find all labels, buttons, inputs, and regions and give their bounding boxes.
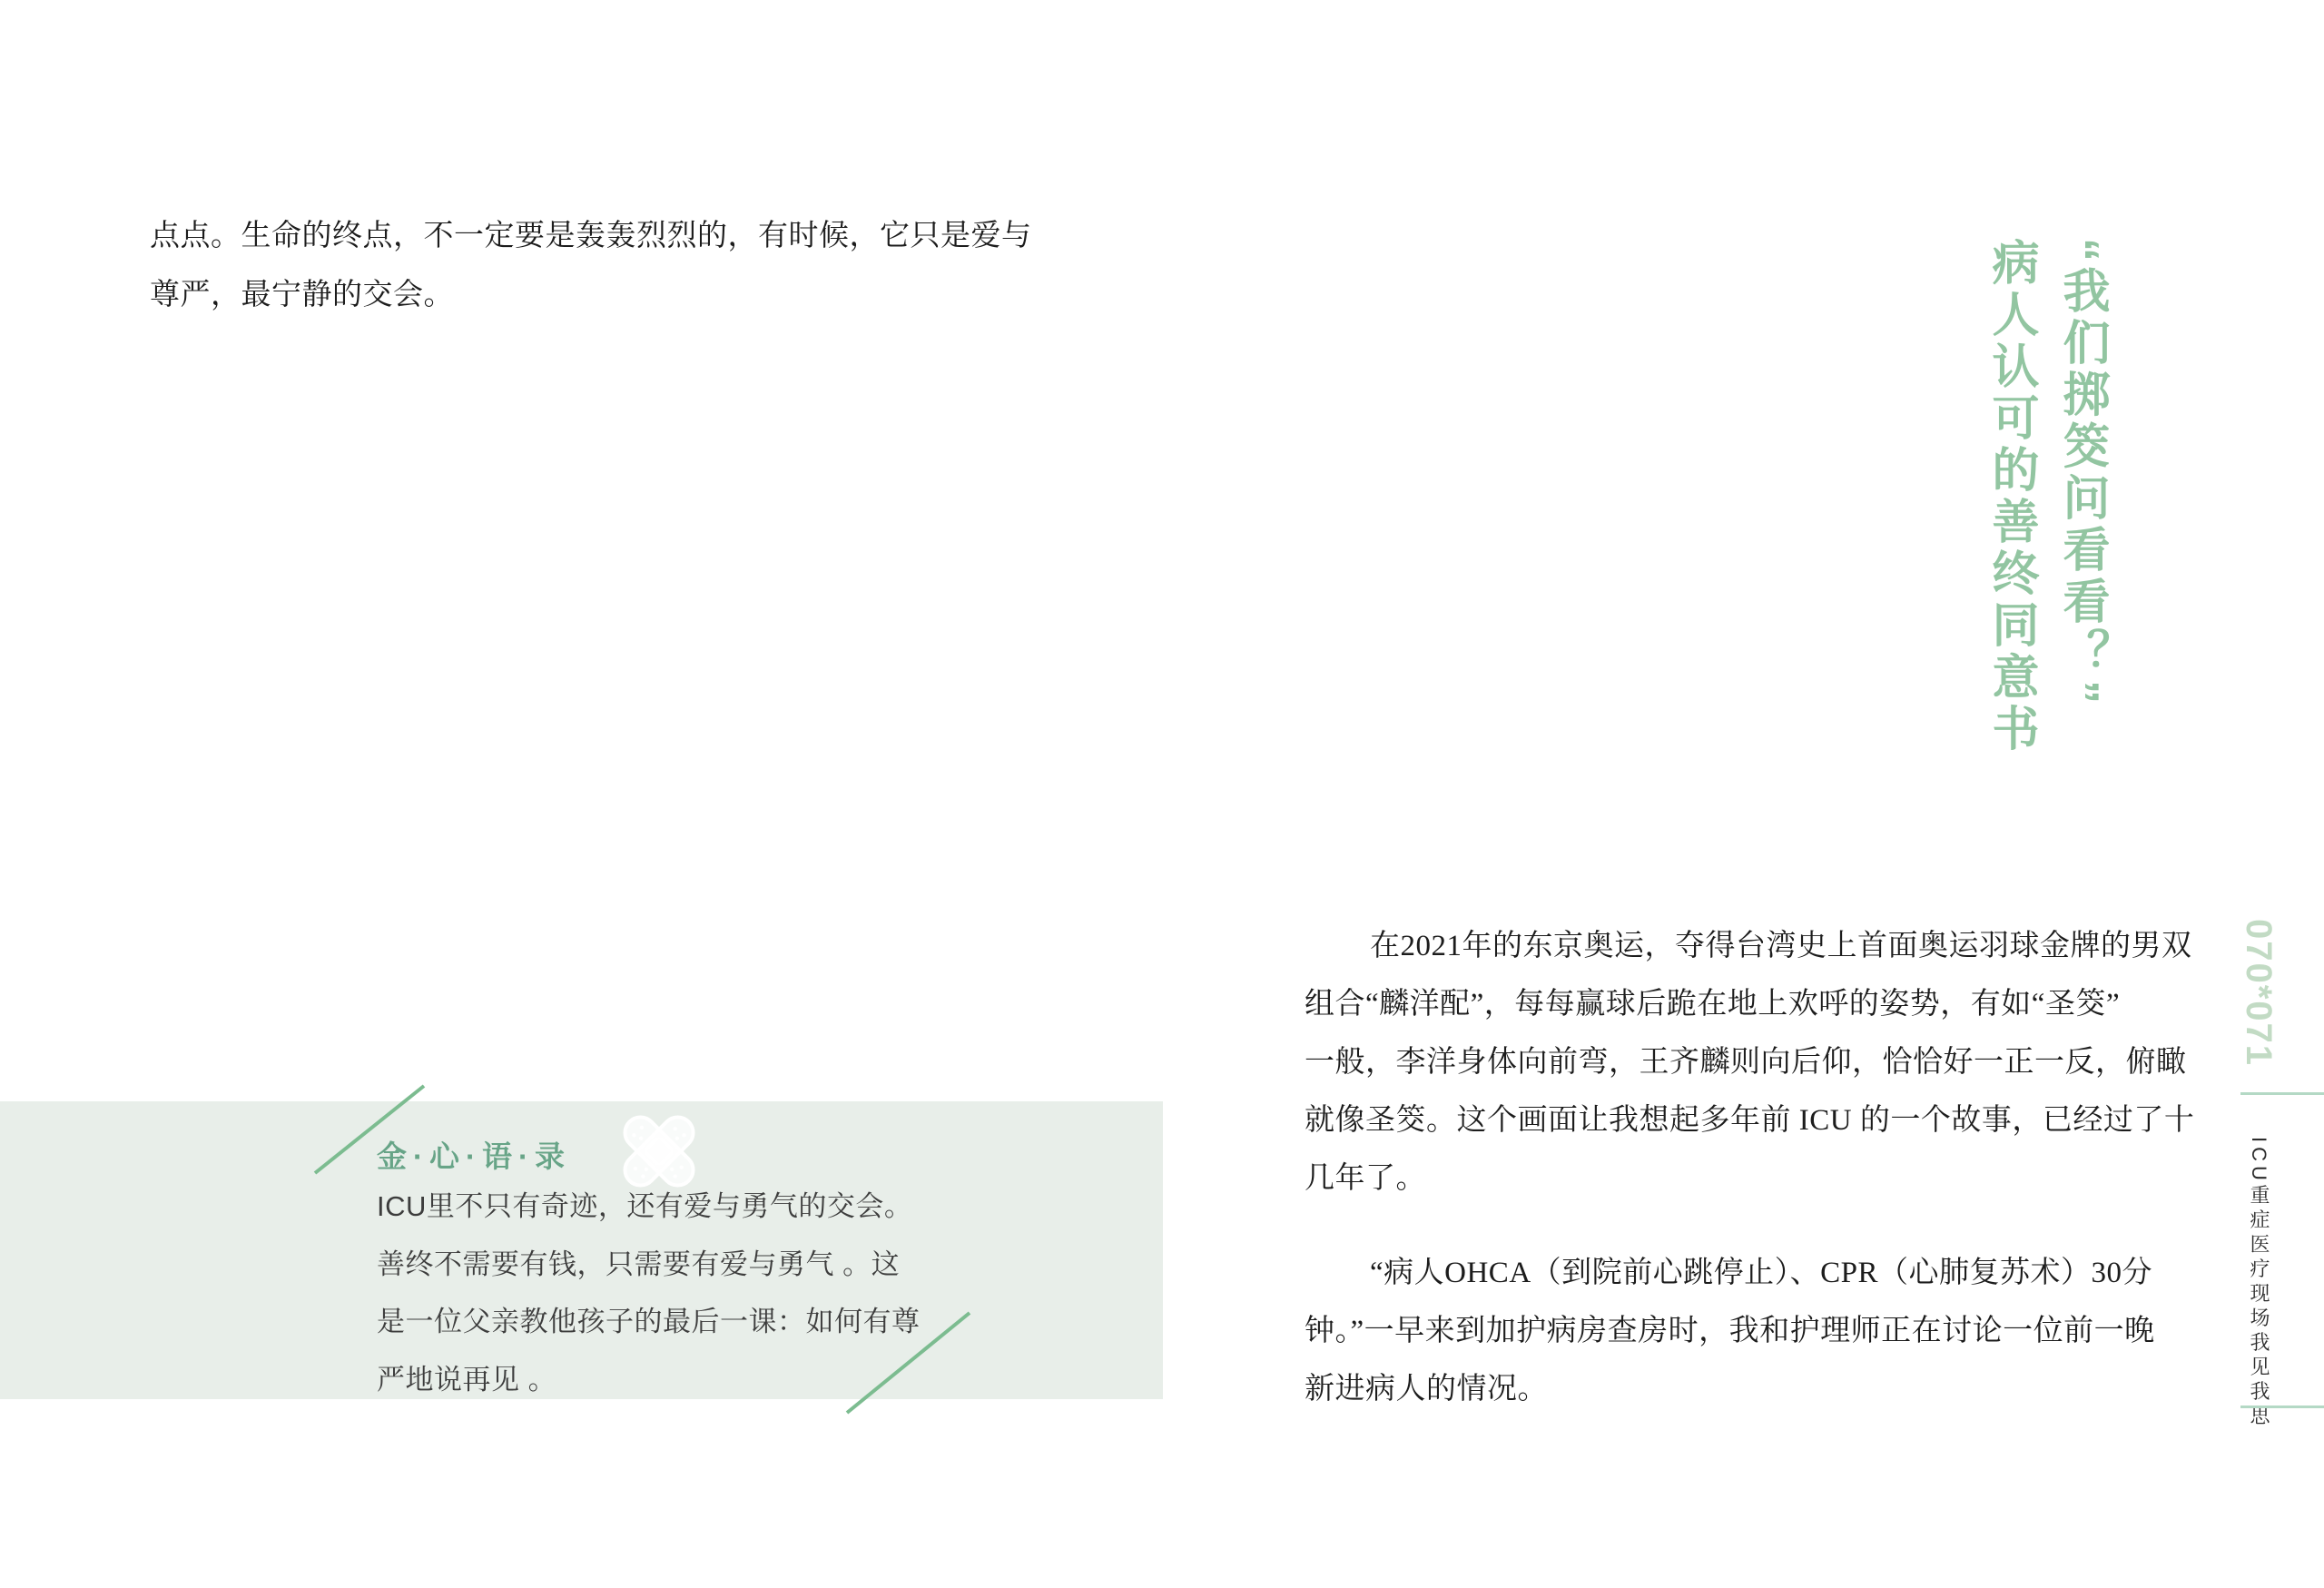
body-paragraph-1: 在2021年的东京奥运，夺得台湾史上首面奥运羽球金牌的男双 组合“麟洋配”，每每… (1305, 917, 2199, 1208)
edge-rule-top (2240, 1092, 2324, 1095)
body-paragraph-2: “病人OHCA（到院前心跳停止）、CPR（心肺复苏术）30分 钟。”一早来到加护… (1305, 1244, 2199, 1418)
running-title: ICU重症医疗现场我见我思 (2245, 1137, 2273, 1430)
quote-box-heading: 金·心·语·录 (377, 1133, 571, 1176)
right-page-body: 在2021年的东京奥运，夺得台湾史上首面奥运羽球金牌的男双 组合“麟洋配”，每每… (1305, 917, 2199, 1418)
quote-box-text: ICU里不只有奇迹，还有爱与勇气的交会。 善终不需要有钱，只需要有爱与勇气 。这… (377, 1178, 976, 1408)
book-spread: 点点。生命的终点，不一定要是轰轰烈烈的，有时候，它只是爱与 尊严，最宁静的交会。… (0, 0, 2324, 1588)
chapter-title: “我们掷筊问看看？” 病人认可的善终同意书 (1975, 238, 2117, 783)
chapter-title-quote: “我们掷筊问看看？” (2046, 238, 2117, 783)
left-page-paragraph: 点点。生命的终点，不一定要是轰轰烈烈的，有时候，它只是爱与 尊严，最宁静的交会。 (150, 207, 1049, 325)
page-folio: 070*071 (2238, 919, 2279, 1067)
edge-rule-bottom (2240, 1406, 2324, 1408)
chapter-title-subtitle: 病人认可的善终同意书 (1975, 238, 2046, 783)
